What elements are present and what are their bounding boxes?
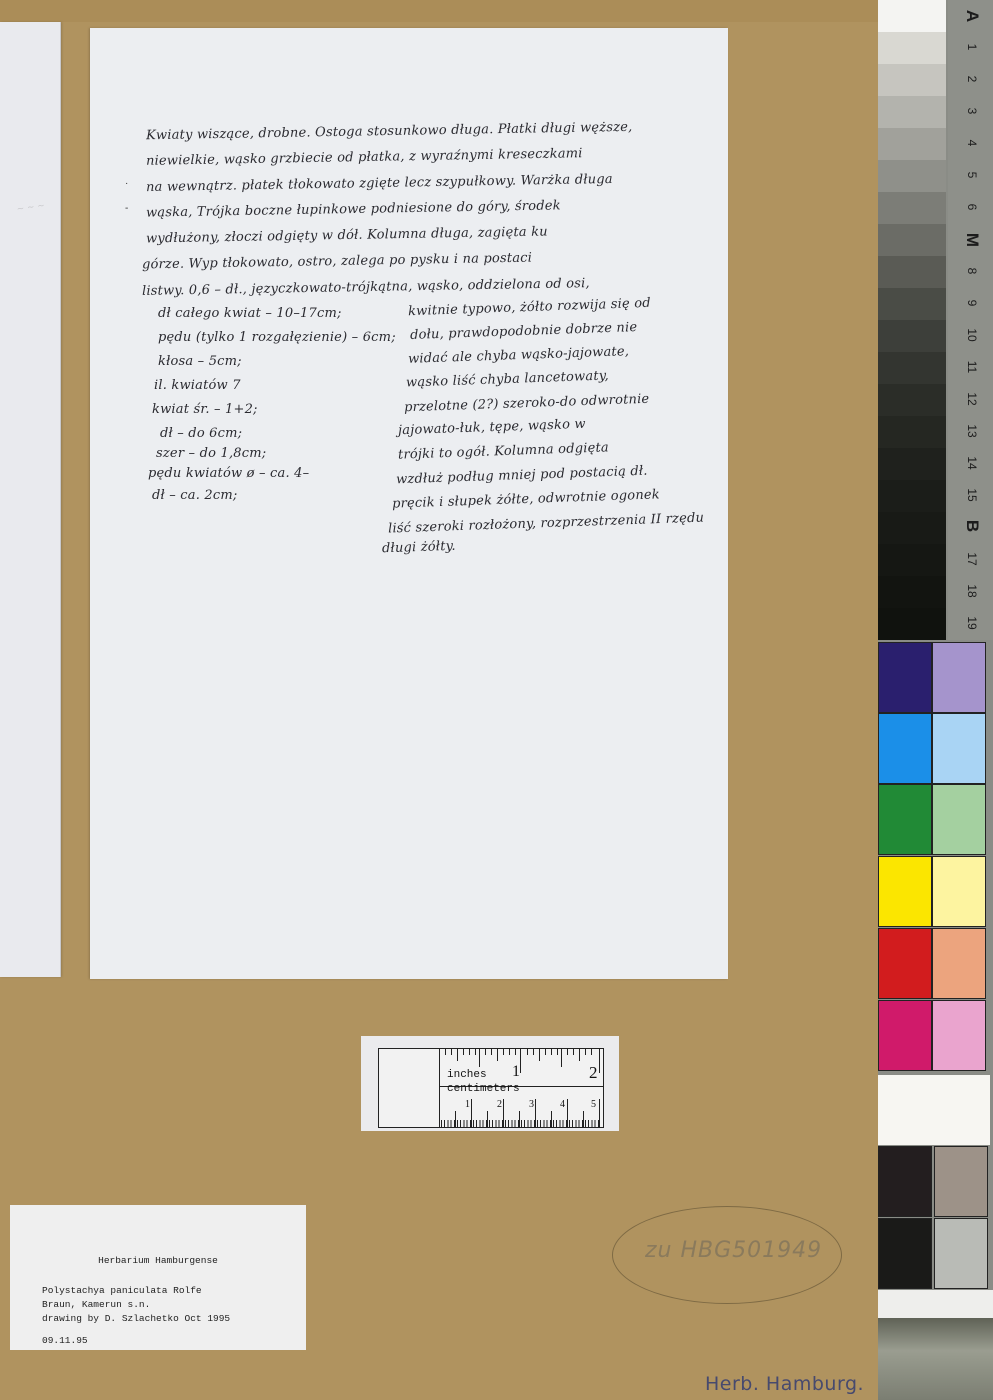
herbarium-label: Herbarium Hamburgense Polystachya panicu… [10, 1205, 306, 1350]
color-calibration-target: A 1 2 3 4 5 6 M 8 9 10 11 12 13 14 15 B … [878, 0, 993, 1400]
target-bottom-margin [878, 1290, 993, 1318]
note-line: widać ale chyba wąsko-jajowate, [408, 344, 630, 367]
cm-mark: 2 [497, 1099, 502, 1110]
measurement-line: il. kwiatów 7 [154, 378, 241, 393]
note-line: długi żółty. [382, 539, 456, 557]
swatch-light-green [932, 784, 986, 855]
gray-label: 13 [965, 419, 979, 443]
swatch-salmon [932, 928, 986, 999]
note-line: kwitnie typowo, żółto rozwija się od [408, 296, 651, 319]
gray-label: 4 [965, 131, 979, 155]
gray-label: 10 [965, 323, 979, 347]
gray-label: 1 [965, 35, 979, 59]
measurement-line: pędu kwiatów ø – ca. 4– [148, 466, 309, 481]
note-line: wzdłuż podług mniej pod postacią dł. [396, 464, 648, 488]
measurement-line: pędu (tylko 1 rozgałęzienie) – 6cm; [158, 330, 396, 345]
swatch-white [878, 1075, 990, 1145]
gray-scale [878, 0, 946, 640]
gray-label: 19 [965, 611, 979, 635]
measurement-line: dł – do 6cm; [160, 426, 242, 441]
gray-label: 14 [965, 451, 979, 475]
swatch-pink [932, 1000, 986, 1071]
pencil-annotation: zu HBG501949 [645, 1238, 822, 1263]
swatch-magenta [878, 1000, 932, 1071]
gray-label: B [962, 514, 982, 538]
cm-mark: 1 [465, 1099, 470, 1110]
centimeters-label: centimeters [447, 1083, 520, 1095]
swatch-taupe [934, 1146, 988, 1217]
measurement-line: dł całego kwiat – 10–17cm; [158, 306, 342, 321]
gray-scale-labels: A 1 2 3 4 5 6 M 8 9 10 11 12 13 14 15 B … [948, 0, 993, 640]
cm-mark: 3 [529, 1099, 534, 1110]
scanner-background [878, 1318, 993, 1400]
note-line: liść szeroki rozłożony, rozprzestrzenia … [388, 510, 705, 536]
gray-label: 2 [965, 67, 979, 91]
herbarium-stamp: Herb. Hamburg. [705, 1373, 864, 1395]
cm-mark: 4 [560, 1099, 565, 1110]
gray-label: 5 [965, 163, 979, 187]
note-line: wąsko liść chyba lancetowaty, [406, 368, 609, 390]
inches-label: inches [447, 1069, 487, 1081]
cm-scale: centimeters 1 2 3 4 5 [439, 1087, 603, 1127]
note-line: górze. Wyp tłokowato, ostro, zalega po p… [142, 251, 532, 273]
gray-label: 12 [965, 387, 979, 411]
measurement-line: dł – ca. 2cm; [152, 488, 237, 503]
measurement-line: kwiat śr. – 1+2; [152, 402, 258, 417]
swatch-black [878, 1218, 932, 1289]
gray-label: M [962, 228, 982, 252]
ruler-frame: inches 1 2 centimeters 1 2 3 4 5 [378, 1048, 604, 1128]
measurement-line: szer – do 1,8cm; [156, 446, 266, 461]
inch-mark: 1 [512, 1063, 520, 1081]
label-date: 09.11.95 [42, 1335, 88, 1346]
drawing-credit: drawing by D. Szlachetko Oct 1995 [42, 1313, 230, 1324]
note-line: wydłużony, złoczi odgięty w dół. Kolumna… [146, 224, 548, 246]
note-line: na wewnątrz. płatek tłokowato zgięte lec… [146, 172, 613, 195]
gray-label: 15 [965, 483, 979, 507]
gray-label: 3 [965, 99, 979, 123]
swatch-yellow [878, 856, 932, 927]
inch-mark: 2 [589, 1063, 598, 1083]
swatch-light-gray [934, 1218, 988, 1289]
swatch-lavender [932, 642, 986, 713]
note-line: wąska, Trójka boczne łupinkowe podniesio… [146, 198, 561, 220]
gray-label: 6 [965, 195, 979, 219]
margin-mark: - [125, 203, 128, 214]
margin-mark: · [125, 178, 128, 189]
gray-label: 9 [965, 291, 979, 315]
note-line: przelotne (2?) szeroko-do odwrotnie [404, 392, 650, 416]
show-through-writing: ~ ~ ~ [16, 199, 60, 234]
note-line: pręcik i słupek żółte, odwrotnie ogonek [392, 487, 660, 511]
swatch-blue-violet [878, 642, 932, 713]
note-line: Kwiaty wiszące, drobne. Ostoga stosunkow… [146, 120, 633, 143]
board-top-edge [0, 0, 880, 22]
ruler-blank-area [379, 1049, 440, 1127]
note-line: dołu, prawdopodobnie dobrze nie [410, 320, 638, 343]
taxon-name: Polystachya paniculata Rolfe [42, 1285, 202, 1296]
note-line: listwy. 0,6 – dł., języczkowato-trójkątn… [142, 276, 590, 299]
gray-label: 18 [965, 579, 979, 603]
gray-label: 11 [965, 355, 979, 379]
swatch-red [878, 928, 932, 999]
folded-back-sheet: ~ ~ ~ [0, 22, 61, 977]
note-line: trójki to ogół. Kolumna odgięta [398, 440, 609, 462]
inch-scale: inches 1 2 [439, 1049, 603, 1087]
scale-ruler: inches 1 2 centimeters 1 2 3 4 5 [361, 1036, 619, 1131]
note-line: niewielkie, wąsko grzbiecie od płatka, z… [146, 146, 583, 169]
swatch-light-yellow [932, 856, 986, 927]
swatch-black-brown [878, 1146, 932, 1217]
measurement-line: kłosa – 5cm; [158, 354, 242, 369]
gray-label: 17 [965, 547, 979, 571]
gray-label: 8 [965, 259, 979, 283]
institution-name: Herbarium Hamburgense [10, 1255, 306, 1266]
gray-label: A [962, 4, 982, 28]
collector-info: Braun, Kamerun s.n. [42, 1299, 150, 1310]
handwritten-description-sheet: · - Kwiaty wiszące, drobne. Ostoga stosu… [90, 28, 728, 979]
swatch-green [878, 784, 932, 855]
swatch-light-blue [932, 713, 986, 784]
note-line: jajowato-łuk, tępe, wąsko w [398, 417, 586, 439]
swatch-blue [878, 713, 932, 784]
cm-mark: 5 [591, 1099, 596, 1110]
